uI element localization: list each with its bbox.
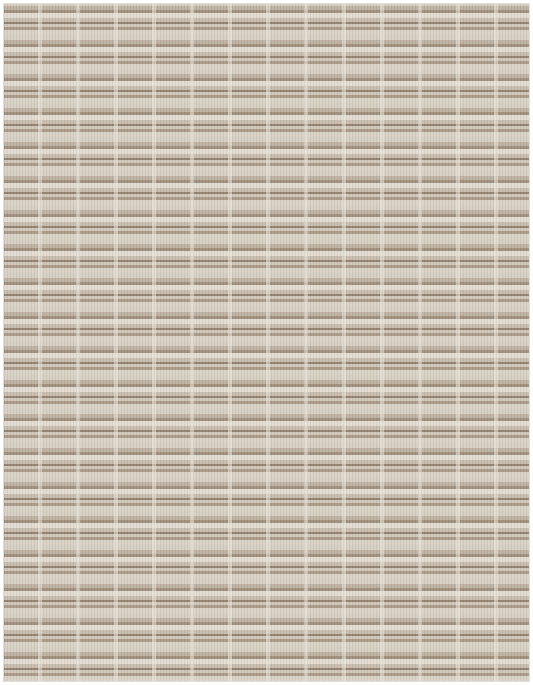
rug-photo: Rectangular shag rug with horizontal str… (4, 4, 529, 681)
rug-description: Rectangular shag rug with horizontal str… (4, 4, 5, 5)
